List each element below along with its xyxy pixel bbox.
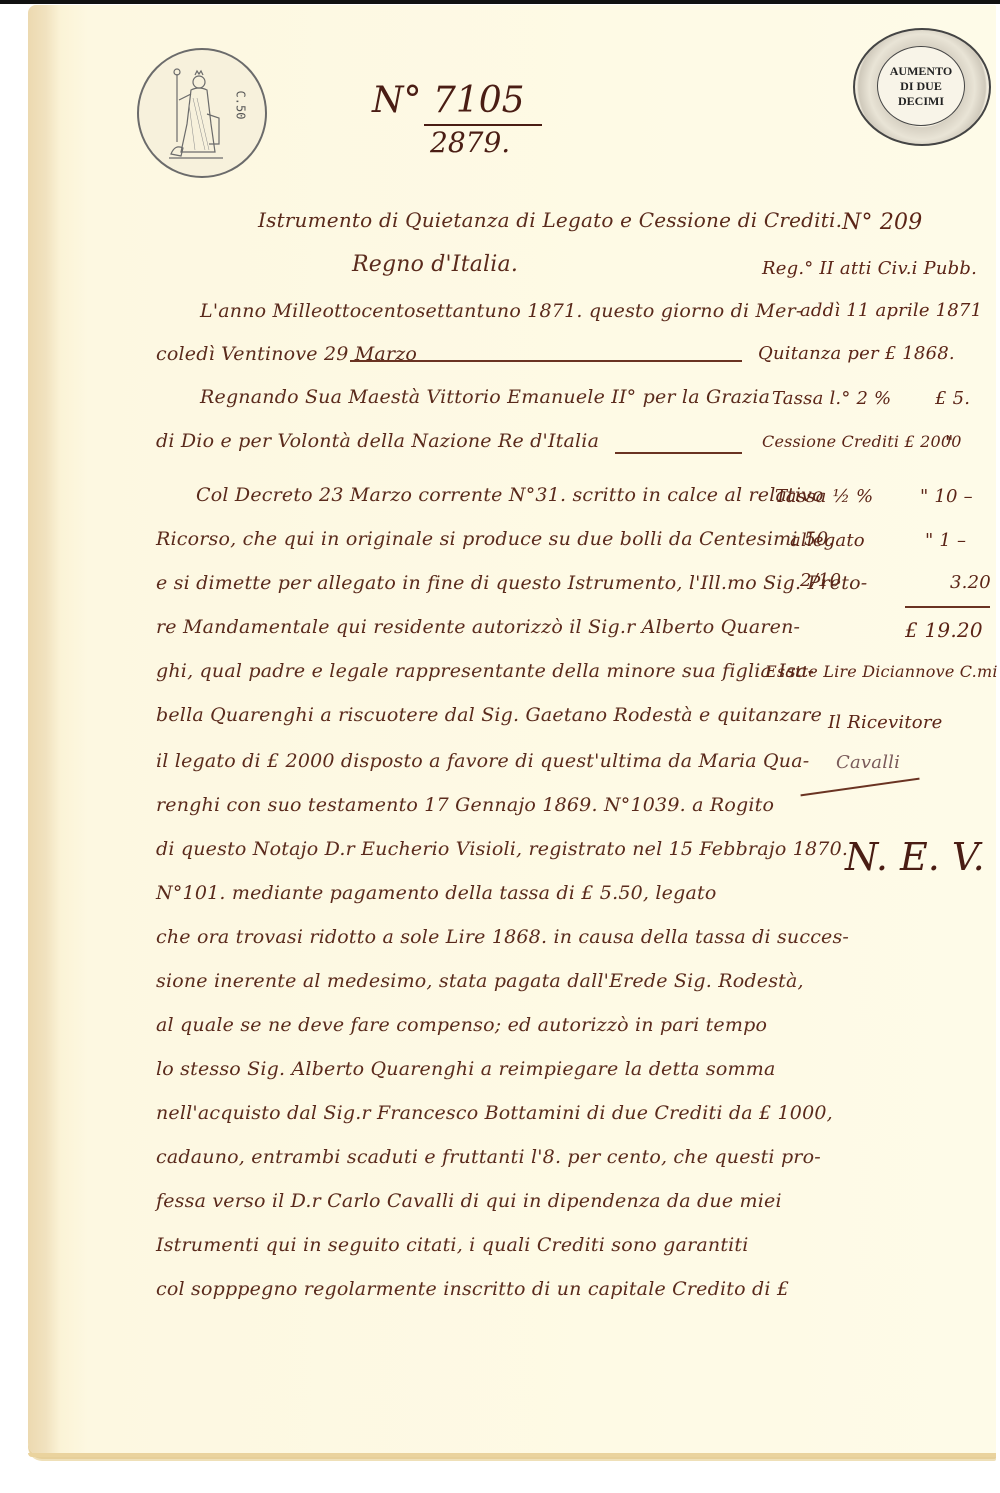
- registration-number: N° 209: [842, 210, 922, 235]
- document-title: Istrumento di Quietanza di Legato e Cess…: [258, 208, 842, 232]
- fee-amount: £ 5.: [935, 388, 970, 409]
- receiver-signature: Cavalli: [836, 752, 900, 773]
- body-line: il legato di £ 2000 disposto a favore di…: [156, 750, 809, 772]
- body-line: sione inerente al medesimo, stata pagata…: [156, 970, 804, 992]
- surcharge-stamp-line: DECIMI: [898, 94, 944, 109]
- revenue-stamp: C.50: [137, 48, 267, 178]
- body-line: renghi con suo testamento 17 Gennajo 186…: [156, 794, 774, 816]
- document-number: N° 7105 2879.: [372, 80, 525, 121]
- body-line: re Mandamentale qui residente autorizzò …: [156, 616, 800, 638]
- surcharge-stamp-line: AUMENTO: [890, 64, 952, 79]
- document-subtitle: Regno d'Italia.: [352, 252, 518, 277]
- body-line: col sopppegno regolarmente inscritto di …: [156, 1278, 789, 1300]
- notary-initials: N. E. V.: [845, 835, 985, 879]
- stamp-value: C.50: [234, 91, 248, 120]
- number: N° 7105: [372, 80, 525, 121]
- fee-amount: 3.20: [950, 572, 991, 593]
- italia-turrita-figure-icon: [165, 64, 227, 162]
- fee-amount: " 1 –: [925, 530, 966, 551]
- body-line: lo stesso Sig. Alberto Quarenghi a reimp…: [156, 1058, 776, 1080]
- body-line: N°101. mediante pagamento della tassa di…: [156, 882, 716, 904]
- body-line: e si dimette per allegato in fine di que…: [156, 572, 867, 594]
- body-line: ghi, qual padre e legale rappresentante …: [156, 660, 814, 682]
- sum-line: [905, 606, 990, 608]
- sub-number: 2879.: [430, 126, 510, 159]
- fee-total: £ 19.20: [905, 618, 983, 642]
- body-line: fessa verso il D.r Carlo Cavalli di qui …: [156, 1190, 782, 1212]
- body-line: al quale se ne deve fare compenso; ed au…: [156, 1014, 767, 1036]
- body-line: coledì Ventinove 29 Marzo: [156, 343, 417, 365]
- body-line: L'anno Milleottocentosettantuno 1871. qu…: [200, 300, 803, 322]
- fee-entry: allegato: [790, 530, 865, 551]
- body-line: cadauno, entrambi scaduti e fruttanti l'…: [156, 1146, 821, 1168]
- receiver-title: Il Ricevitore: [828, 712, 943, 733]
- registration-date: addì 11 aprile 1871: [800, 300, 982, 321]
- body-line: che ora trovasi ridotto a sole Lire 1868…: [156, 926, 849, 948]
- fee-total-words: Esatte Lire Diciannove C.mi 20: [765, 662, 1000, 681]
- body-line: di Dio e per Volontà della Nazione Re d'…: [156, 430, 599, 452]
- body-line: di questo Notajo D.r Eucherio Visioli, r…: [156, 838, 848, 860]
- fill-line: [350, 360, 742, 362]
- fee-amount: ": [945, 432, 953, 453]
- body-line: Col Decreto 23 Marzo corrente N°31. scri…: [196, 484, 824, 506]
- body-line: Istrumenti qui in seguito citati, i qual…: [156, 1234, 749, 1256]
- body-line: Regnando Sua Maestà Vittorio Emanuele II…: [200, 386, 770, 408]
- fee-entry: Cessione Crediti £ 2000: [762, 432, 962, 451]
- body-line: Ricorso, che qui in originale si produce…: [156, 528, 835, 550]
- body-line: bella Quarenghi a riscuotere dal Sig. Ga…: [156, 704, 822, 726]
- fee-entry: Tassa l.° 2 %: [772, 388, 891, 409]
- fee-entry: Tassa ½ %: [775, 486, 873, 507]
- register-reference: Reg.° II atti Civ.i Pubb.: [762, 258, 977, 279]
- surcharge-stamp: AUMENTO DI DUE DECIMI: [853, 28, 991, 146]
- body-line: nell'acquisto dal Sig.r Francesco Bottam…: [156, 1102, 833, 1124]
- fee-amount: " 10 –: [920, 486, 973, 507]
- fee-entry: 2/10: [800, 570, 841, 591]
- scan-top-border: [0, 0, 1000, 4]
- fill-line: [615, 452, 742, 454]
- fee-entry: Quitanza per £ 1868.: [758, 343, 955, 364]
- surcharge-stamp-line: DI DUE: [900, 79, 942, 94]
